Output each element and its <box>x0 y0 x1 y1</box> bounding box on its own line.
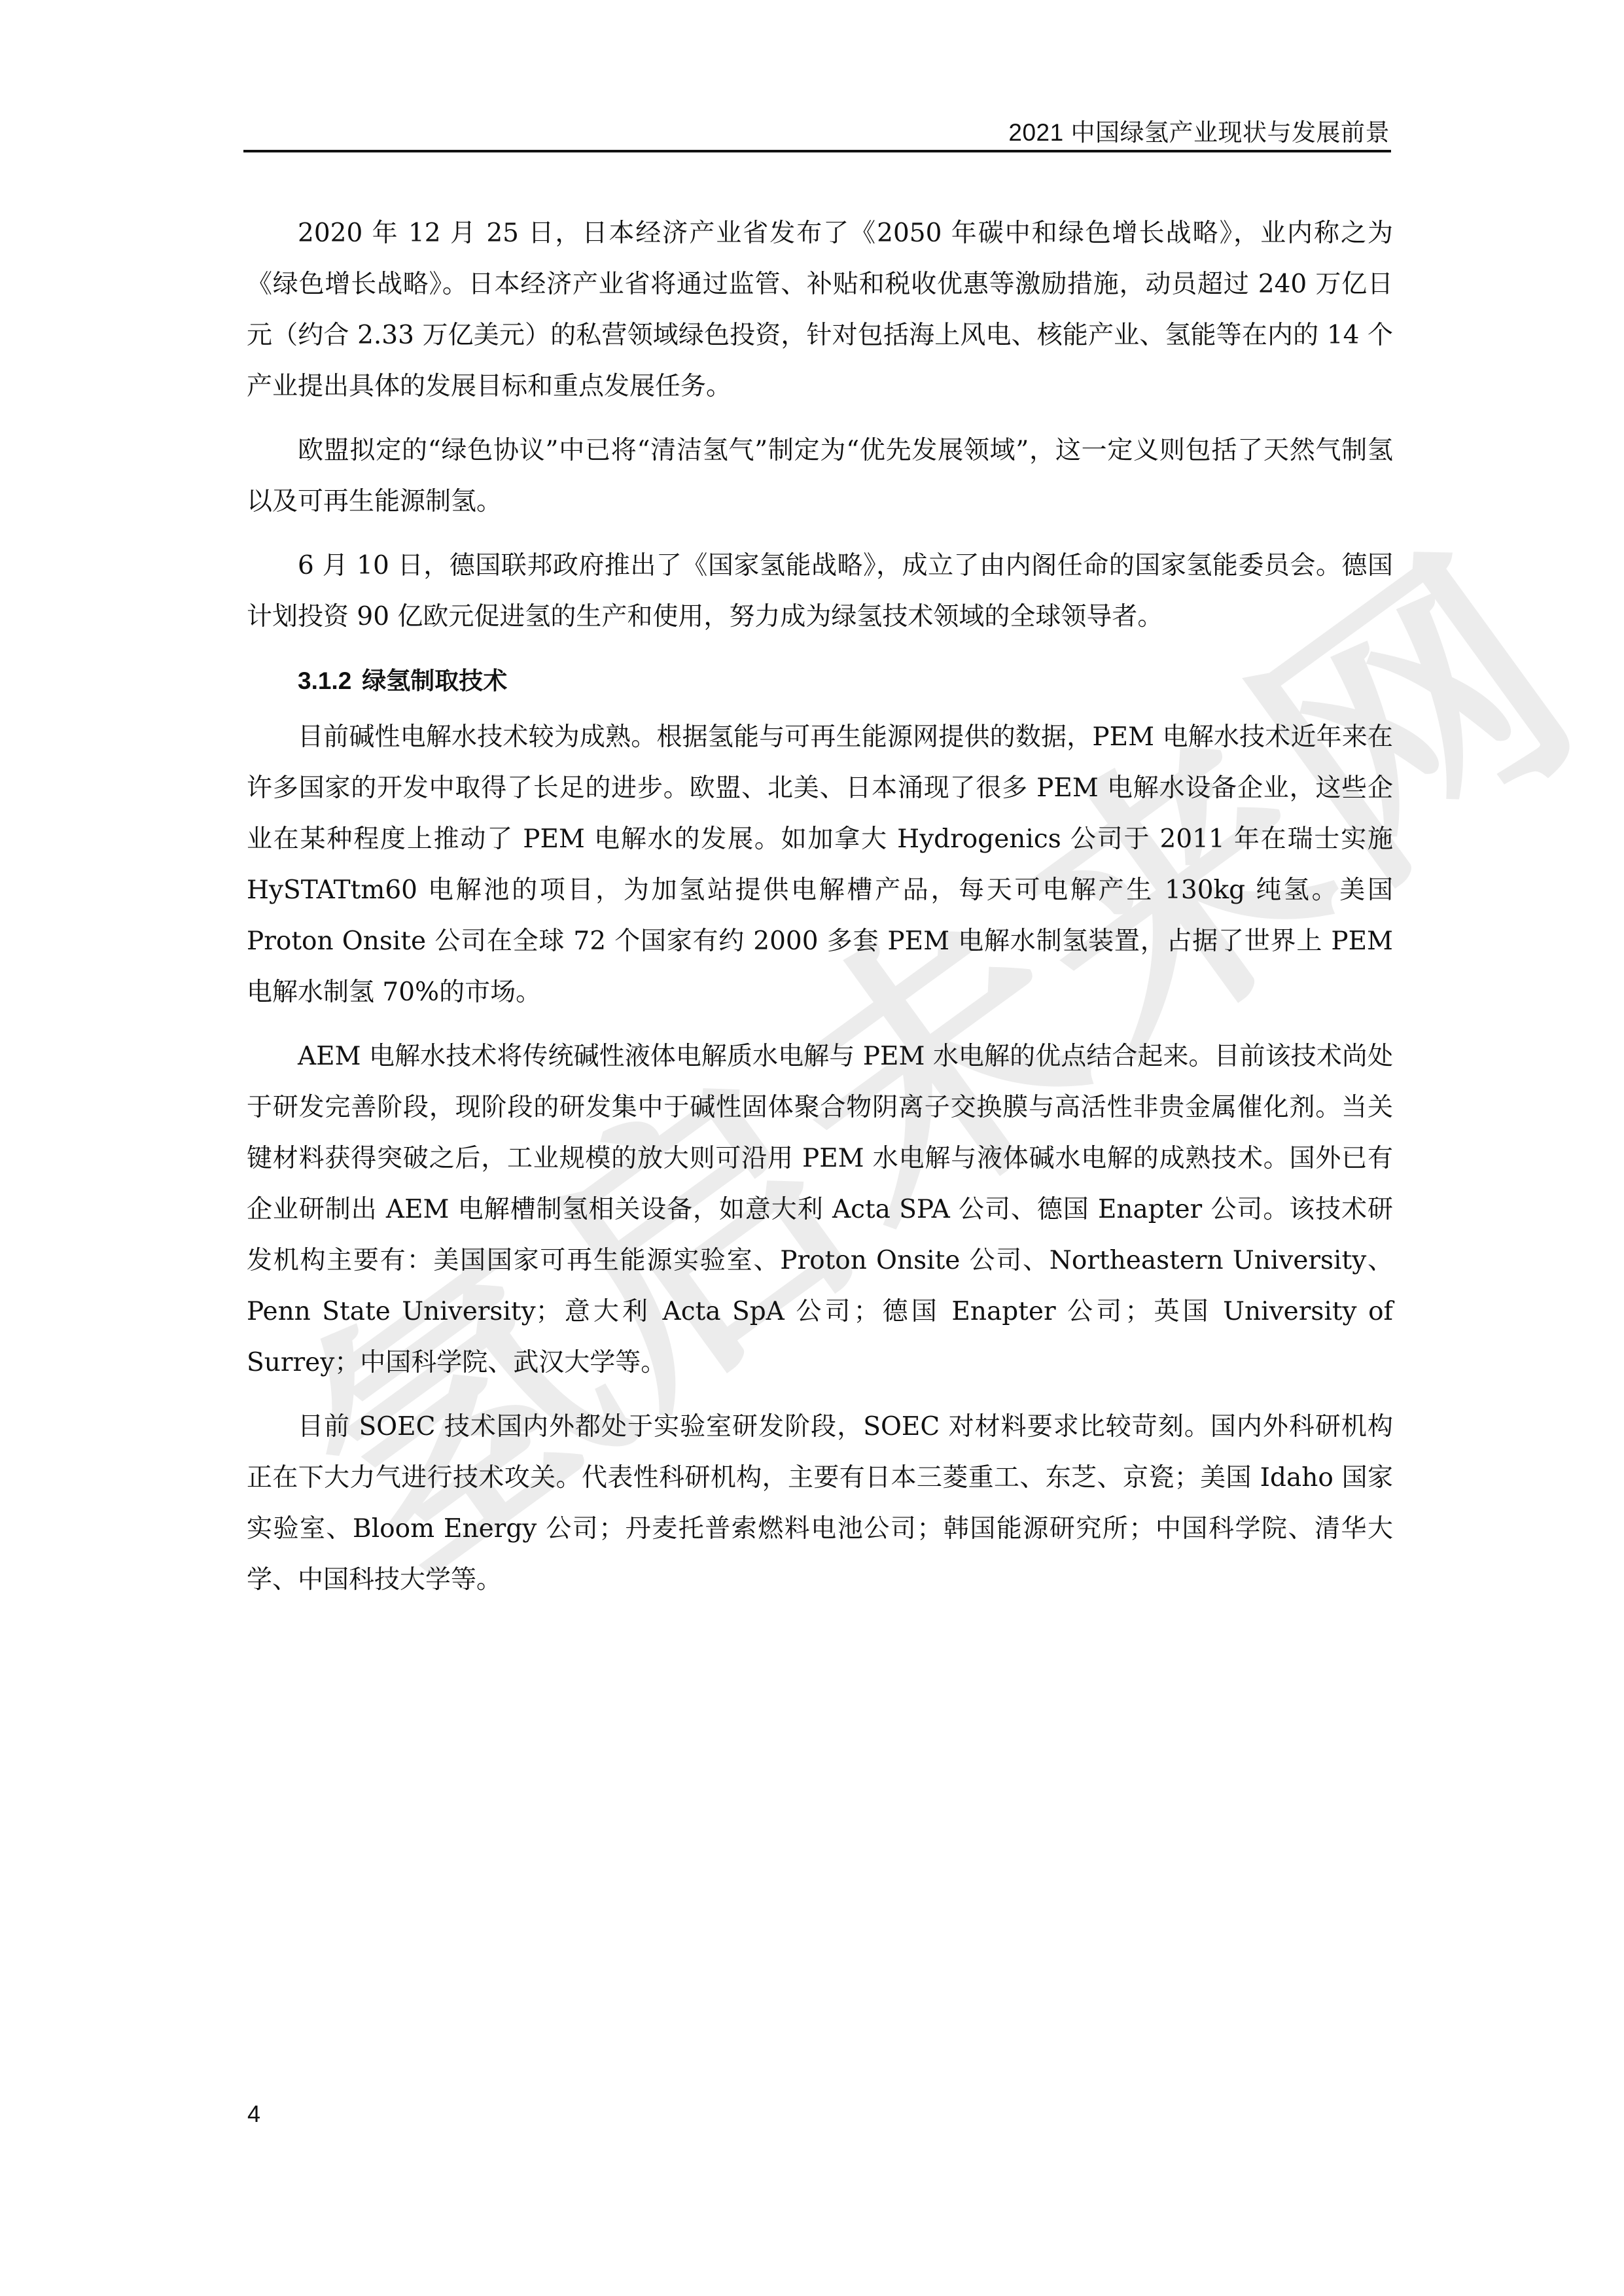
running-header-title: 2021 中国绿氢产业现状与发展前景 <box>1008 113 1390 148</box>
paragraph-germany-strategy: 6 月 10 日，德国联邦政府推出了《国家氢能战略》，成立了由内阁任命的国家氢能… <box>247 540 1393 643</box>
paragraph-soec-electrolysis: 目前 SOEC 技术国内外都处于实验室研发阶段，SOEC 对材料要求比较苛刻。国… <box>247 1402 1393 1606</box>
section-title: 绿氢制取技术 <box>362 667 507 694</box>
section-heading: 3.1.2绿氢制取技术 <box>247 656 1393 707</box>
paragraph-eu-green-deal: 欧盟拟定的“绿色协议”中已将“清洁氢气”制定为“优先发展领域”，这一定义则包括了… <box>247 425 1393 527</box>
header-divider <box>243 150 1391 152</box>
paragraph-pem-electrolysis: 目前碱性电解水技术较为成熟。根据氢能与可再生能源网提供的数据，PEM 电解水技术… <box>247 712 1393 1018</box>
paragraph-aem-electrolysis: AEM 电解水技术将传统碱性液体电解质水电解与 PEM 水电解的优点结合起来。目… <box>247 1031 1393 1388</box>
page-number: 4 <box>247 2100 260 2128</box>
paragraph-japan-strategy: 2020 年 12 月 25 日，日本经济产业省发布了《2050 年碳中和绿色增… <box>247 208 1393 412</box>
body-content: 2020 年 12 月 25 日，日本经济产业省发布了《2050 年碳中和绿色增… <box>247 208 1393 1619</box>
section-number: 3.1.2 <box>298 667 351 694</box>
document-page: 2021 中国绿氢产业现状与发展前景 氢启未来网 2020 年 12 月 25 … <box>0 0 1624 2296</box>
